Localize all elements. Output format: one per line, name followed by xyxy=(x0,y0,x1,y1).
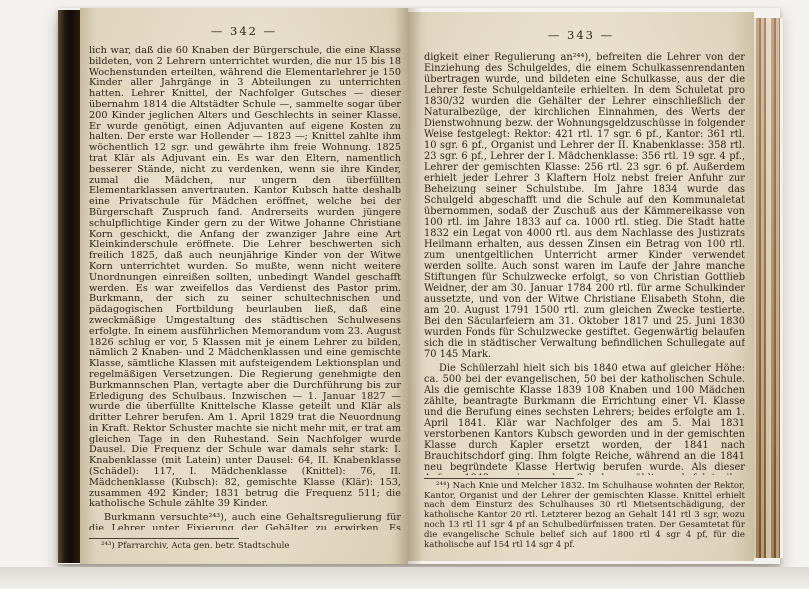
body-paragraph: Burkmann versuchte²⁴³), auch eine Gehalt… xyxy=(89,513,401,530)
body-paragraph: digkeit einer Regulierung an²⁴⁴), befrei… xyxy=(424,52,745,360)
book-spread: — 342 — lich war, daß die 60 Knaben der … xyxy=(58,8,780,564)
footnote-rule xyxy=(424,478,574,479)
right-page-footnote-area: ²⁴⁴) Nach Knie und Melcher 1832. Im Schu… xyxy=(424,478,745,551)
right-page: — 343 — digkeit einer Regulierung an²⁴⁴)… xyxy=(408,12,754,561)
body-paragraph: lich war, daß die 60 Knaben der Bürgersc… xyxy=(89,46,401,510)
left-page-body: lich war, daß die 60 Knaben der Bürgersc… xyxy=(89,46,401,530)
right-page-body: digkeit einer Regulierung an²⁴⁴), befrei… xyxy=(424,52,745,475)
footnote: ²⁴⁴) Nach Knie und Melcher 1832. Im Schu… xyxy=(424,482,745,551)
body-paragraph: Die Schülerzahl hielt sich bis 1840 etwa… xyxy=(424,363,745,475)
page-stack-edge xyxy=(754,18,783,558)
page-number-left: — 342 — xyxy=(80,24,408,38)
scan-backdrop: — 342 — lich war, daß die 60 Knaben der … xyxy=(0,0,809,589)
book-left-edge xyxy=(58,10,80,563)
scan-bottom-margin xyxy=(0,567,809,589)
footnote-rule xyxy=(89,538,239,539)
page-number-right: — 343 — xyxy=(408,28,754,42)
left-page: — 342 — lich war, daß die 60 Knaben der … xyxy=(80,8,408,564)
left-page-footnote-area: ²⁴³) Pfarrarchiv, Acta gen. betr. Stadts… xyxy=(89,538,348,552)
footnote: ²⁴³) Pfarrarchiv, Acta gen. betr. Stadts… xyxy=(89,542,348,552)
